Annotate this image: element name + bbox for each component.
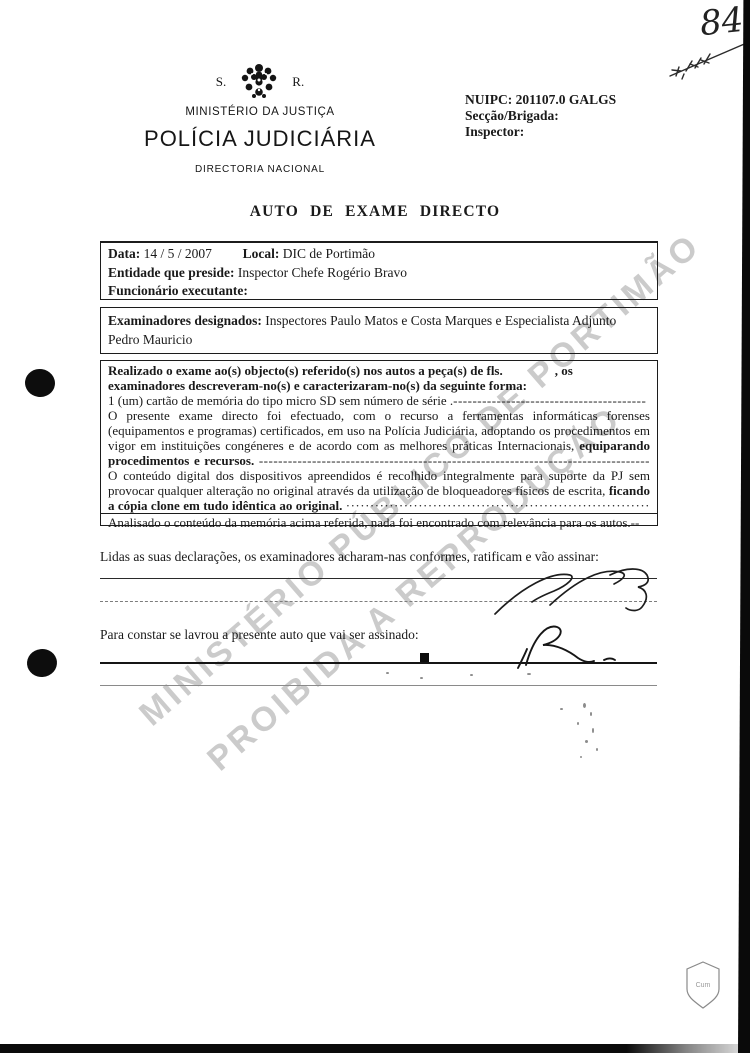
paragraph-1-text: O presente exame directo foi efectuado, … [108,408,650,453]
exam-description-box: Realizado o exame ao(s) objecto(s) refer… [100,360,658,526]
presiding-value: Inspector Chefe Rogério Bravo [238,265,407,280]
presiding-label: Entidade que preside: [108,265,235,280]
conclusion-text: Analisado o conteúdo da memória acima re… [108,515,639,530]
paragraph-2-text: O conteúdo digital dos dispositivos apre… [108,468,650,498]
item-description: 1 (um) cartão de memória do tipo micro S… [108,393,453,408]
local-value: DIC de Portimão [283,246,375,261]
organization-name: POLÍCIA JUDICIÁRIA [100,126,420,152]
checkbox-mark [420,653,429,662]
nuipc-number: NUIPC: 201107.0 GALGS [465,92,616,108]
info-row-executor: Funcionário executante: [108,282,650,301]
directorate-name: DIRECTORIA NACIONAL [100,164,420,175]
scan-edge-right [738,0,750,1053]
date-label: Data: [108,246,140,261]
stamp-text: Cum [696,982,711,989]
executor-label: Funcionário executante: [108,283,248,298]
crest-right-initial: R. [292,74,304,90]
date-value: 14 / 5 / 2007 [144,246,212,261]
handwritten-strike-mark [668,36,750,80]
section-brigade-label: Secção/Brigada: [465,108,616,124]
ministry-crest-icon [236,60,282,104]
exam-paragraph-1: O presente exame directo foi efectuado, … [108,408,650,468]
local-label: Local: [243,246,280,261]
examiner-signature-scribble [492,563,674,619]
exam-heading: Realizado o exame ao(s) objecto(s) refer… [108,363,650,393]
hole-punch-bottom [26,648,59,679]
exam-info-box: Data: 14 / 5 / 2007 Local: DIC de Portim… [100,241,658,300]
hole-punch-top [23,367,57,399]
case-reference-block: NUIPC: 201107.0 GALGS Secção/Brigada: In… [465,92,616,140]
inspector-label: Inspector: [465,124,616,140]
header-left-block: S. R. MINISTÉRIO DA JUSTIÇA POLÍCIA JUDI… [100,60,420,175]
examiners-label: Examinadores designados: [108,313,262,328]
info-row-presiding: Entidade que preside: Inspector Chefe Ro… [108,264,650,283]
ministry-name: MINISTÉRIO DA JUSTIÇA [100,106,420,118]
crest-left-initial: S. [216,74,226,90]
exam-conclusion-row: Analisado o conteúdo da memória acima re… [101,513,657,530]
exam-item-line: 1 (um) cartão de memória do tipo micro S… [108,393,650,408]
clerk-signature-r [514,620,624,670]
info-row-date-local: Data: 14 / 5 / 2007 Local: DIC de Portim… [108,245,650,264]
document-title: AUTO DE EXAME DIRECTO [0,203,750,221]
scan-edge-bottom [0,1044,746,1053]
signature-line-4 [100,685,657,686]
scanned-document-page: MINISTÉRIO PÚBLICO DE PORTIMÃO PROIBIDA … [0,0,750,1053]
exam-heading-part1: Realizado o exame ao(s) objecto(s) refer… [108,363,503,378]
page-stamp-shield: Cum [682,960,724,1010]
exam-paragraph-2: O conteúdo digital dos dispositivos apre… [108,468,650,513]
examiners-box: Examinadores designados: Inspectores Pau… [100,307,658,354]
